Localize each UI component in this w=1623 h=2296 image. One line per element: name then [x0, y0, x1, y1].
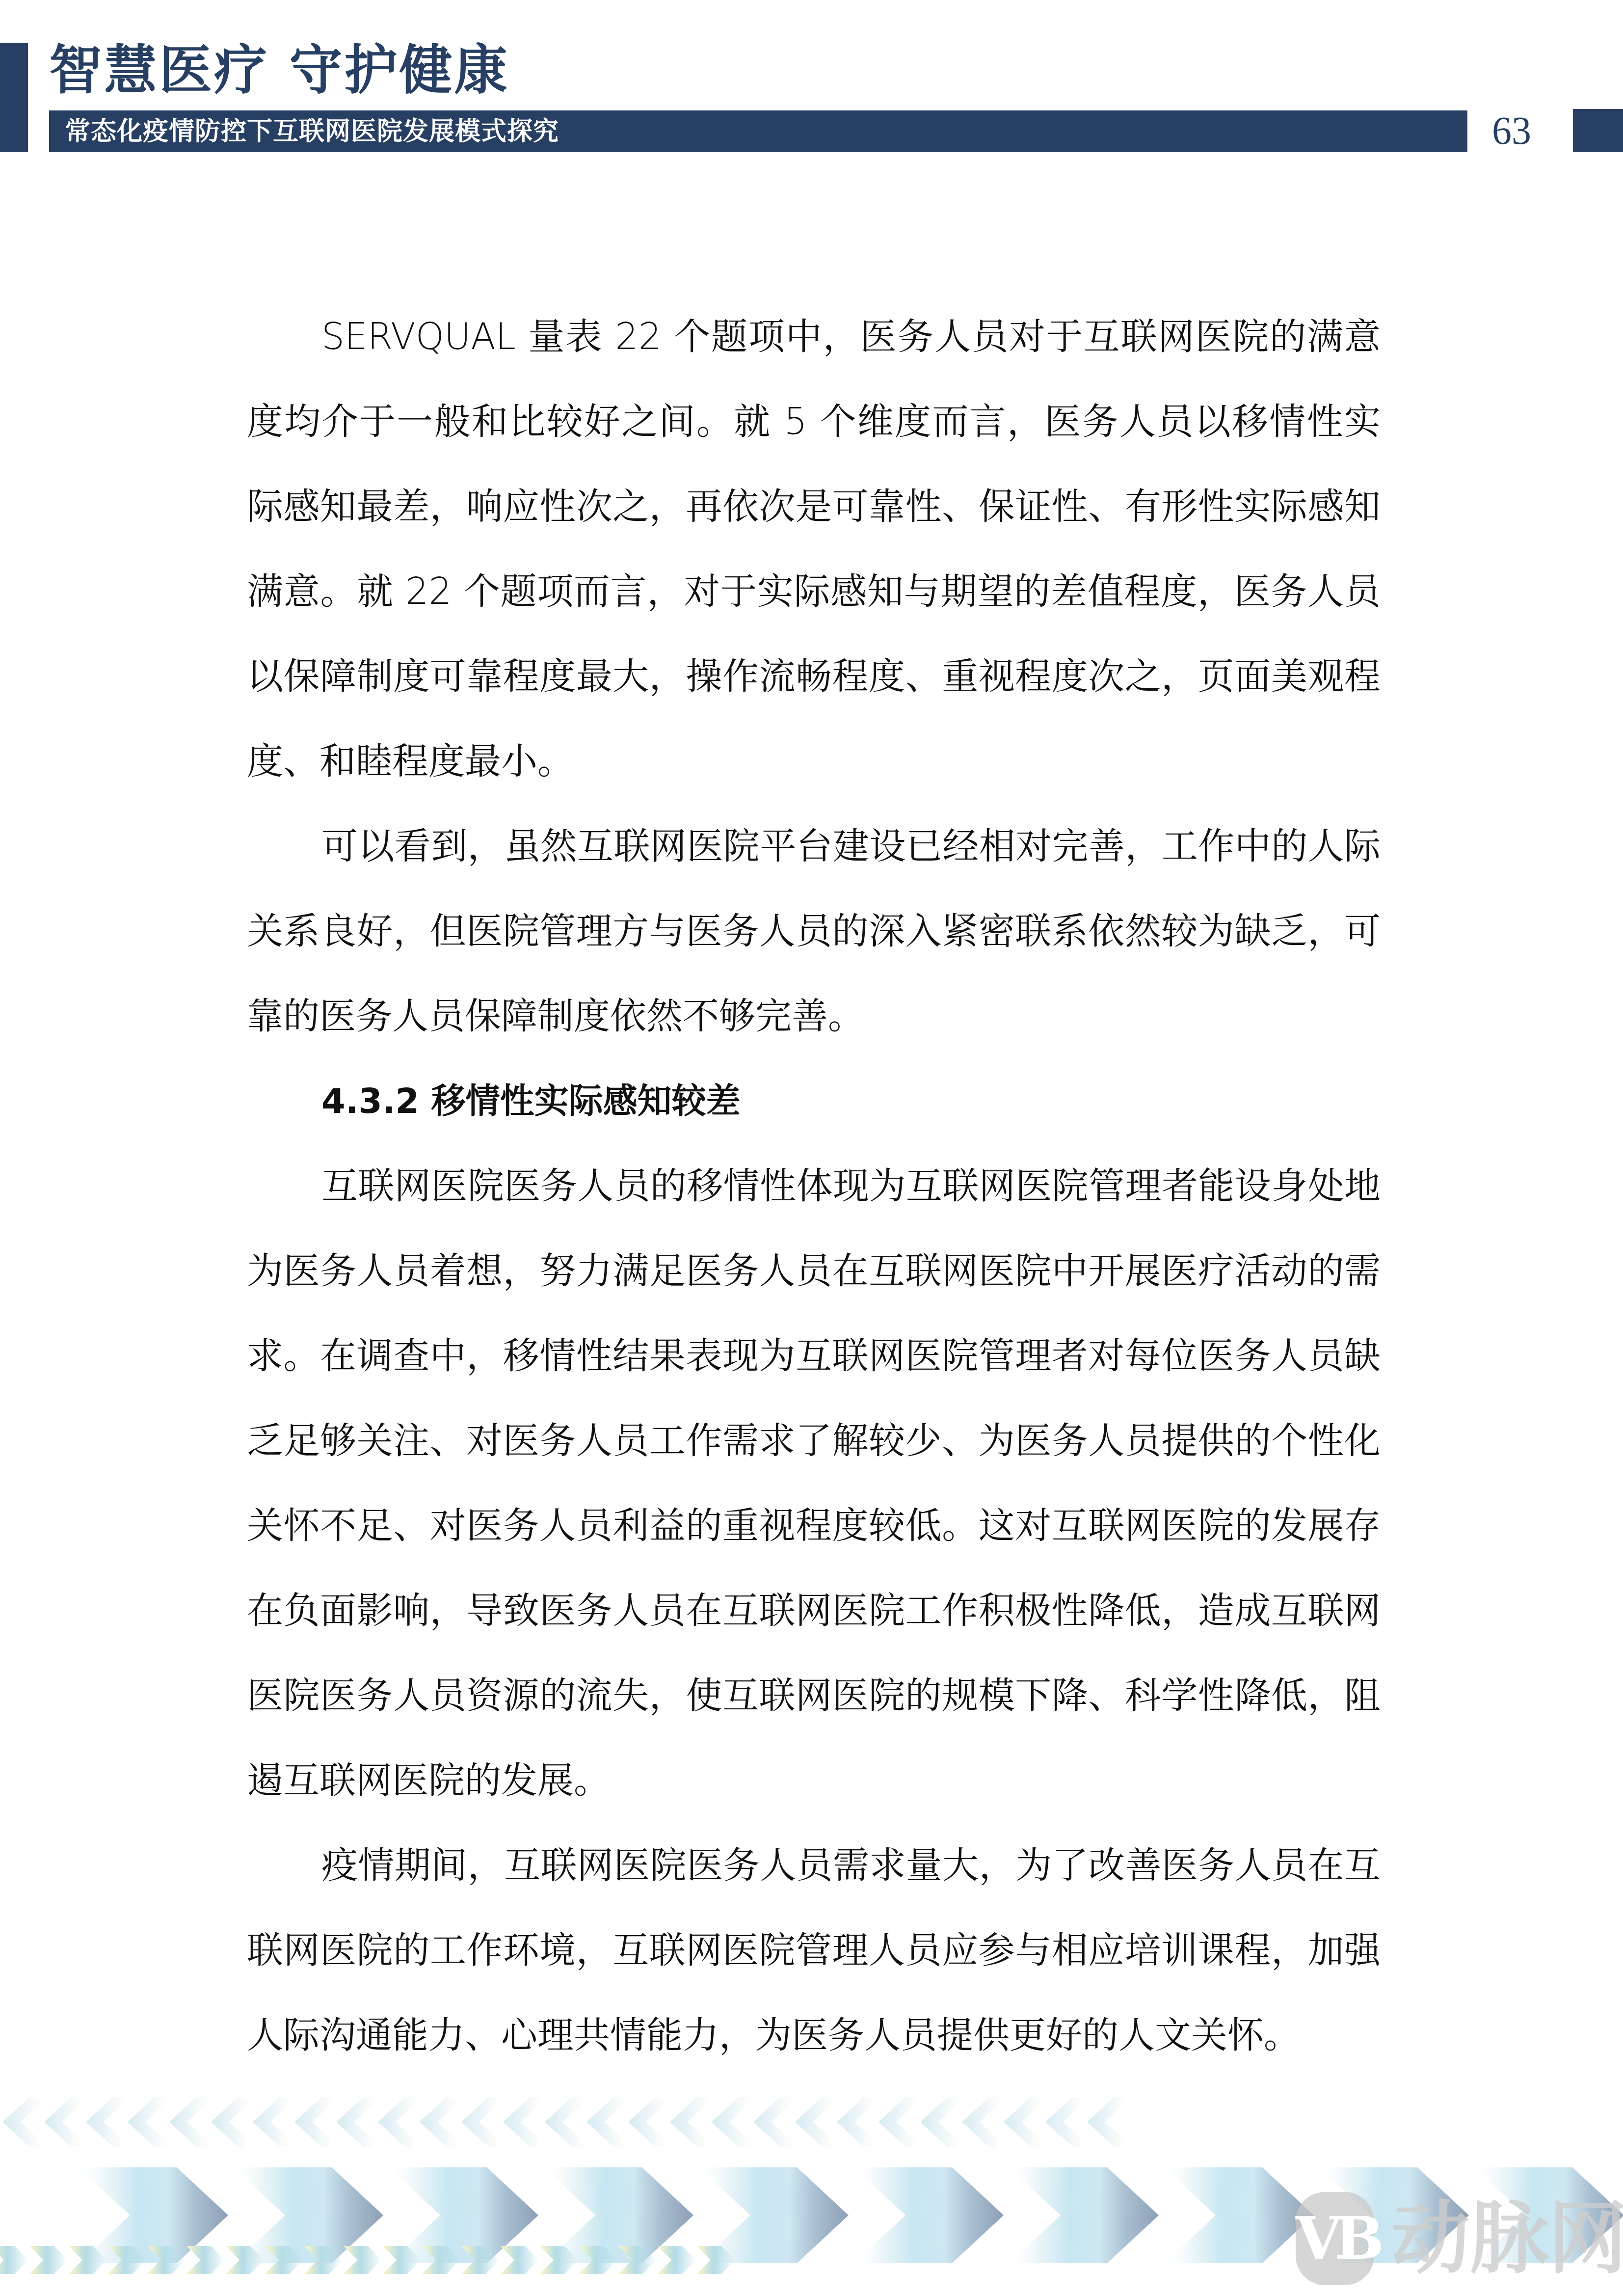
document-body: SERVQUAL 量表 22 个题项中，医务人员对于互联网医院的满意度均介于一般… [247, 295, 1381, 2078]
header-left-accent-bar [0, 43, 28, 152]
paragraph: 可以看到，虽然互联网医院平台建设已经相对完善，工作中的人际关系良好，但医院管理方… [247, 804, 1381, 1059]
watermark-logo-icon: VB [1296, 2192, 1374, 2285]
section-heading: 4.3.2 移情性实际感知较差 [247, 1059, 1381, 1144]
page-header-subtitle: 常态化疫情防控下互联网医院发展模式探究 [65, 110, 559, 152]
paragraph: 互联网医院医务人员的移情性体现为互联网医院管理者能设身处地为医务人员着想，努力满… [247, 1144, 1381, 1823]
watermark: VB 动脉网 [1296, 2182, 1623, 2288]
page-header-title: 智慧医疗 守护健康 [49, 38, 509, 102]
header-right-accent-bar [1573, 109, 1623, 152]
paragraph: 疫情期间，互联网医院医务人员需求量大，为了改善医务人员在互联网医院的工作环境，互… [247, 1823, 1381, 2078]
page-number: 63 [1482, 109, 1541, 153]
paragraph: SERVQUAL 量表 22 个题项中，医务人员对于互联网医院的满意度均介于一般… [247, 295, 1381, 804]
watermark-text: 动脉网 [1391, 2192, 1623, 2285]
